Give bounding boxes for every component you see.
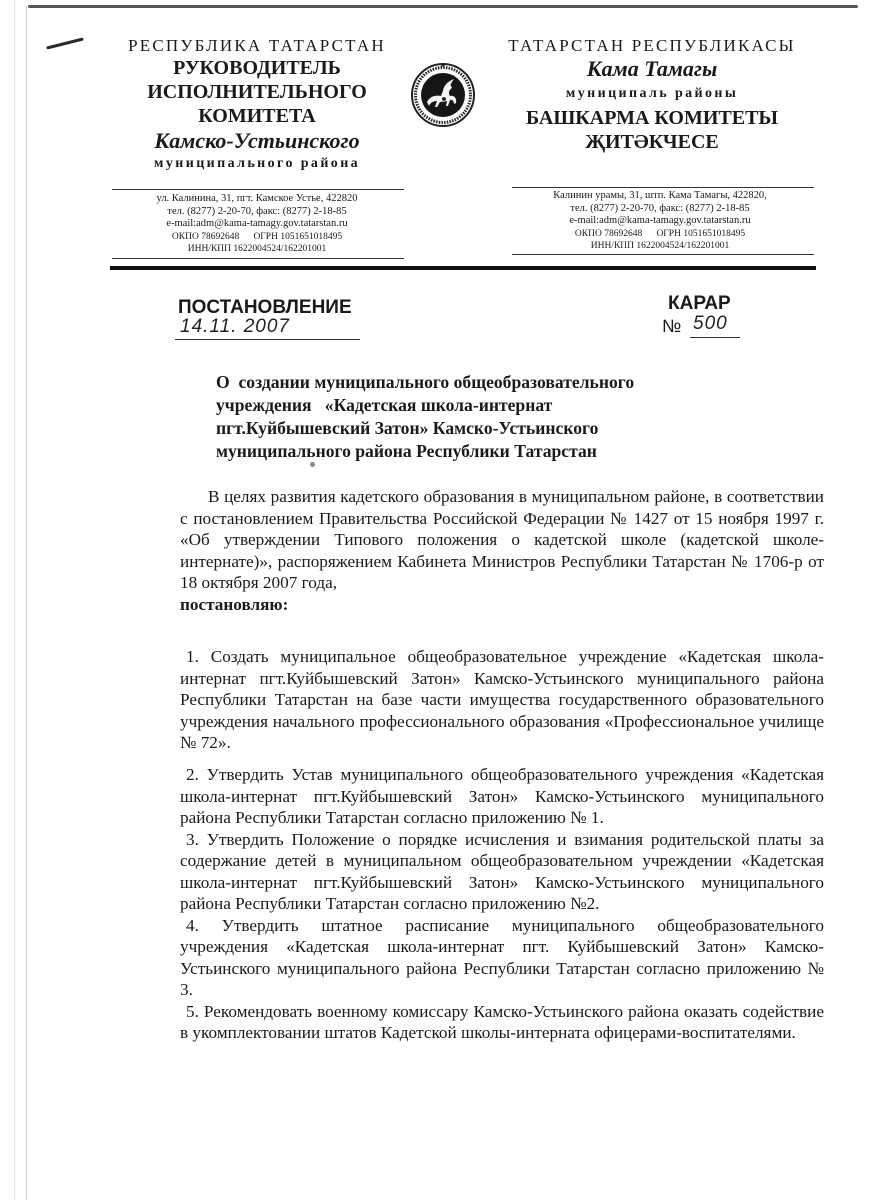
resolution-item-5: 5. Рекомендовать военному комиссару Камс… [180,1001,824,1044]
letterhead-title-line: ҖИТӘКЧЕСЕ [492,130,812,154]
letterhead-title-line: ИСПОЛНИТЕЛЬНОГО [112,80,402,104]
resolve-word: постановляю: [180,594,824,616]
resolution-items: 2. Утвердить Устав муниципального общеоб… [180,764,824,1044]
okpo-ogrn-line: ОКПО 78692648 ОГРН 1051651018495 [112,231,402,244]
doc-date: 14.11. 2007 [180,316,290,338]
district-name-tt: Кама Тамагы [492,56,812,82]
address-block-tt: Калинин урамы, 31, штп. Кама Тамагы, 422… [510,190,810,253]
preamble-text: В целях развития кадетского образования … [180,486,824,594]
republic-name-tt: ТАТАРСТАН РЕСПУБЛИКАСЫ [492,36,812,56]
scan-edge [28,5,858,8]
inn-kpp-line: ИНН/КПП 1622004524/162201001 [510,240,810,253]
divider [512,187,814,188]
doc-number: 500 [693,313,728,335]
letterhead-left: РЕСПУБЛИКА ТАТАРСТАН РУКОВОДИТЕЛЬ ИСПОЛН… [112,36,402,174]
okpo-ogrn-line: ОКПО 78692648 ОГРН 1051651018495 [510,228,810,241]
phone-line: тел. (8277) 2-20-70, факс: (8277) 2-18-8… [510,203,810,216]
letterhead-title-line: РУКОВОДИТЕЛЬ [112,56,402,80]
republic-name-ru: РЕСПУБЛИКА ТАТАРСТАН [112,36,402,56]
address-block-ru: ул. Калинина, 31, пгт. Камское Устье, 42… [112,193,402,256]
address-line: Калинин урамы, 31, штп. Кама Тамагы, 422… [510,190,810,203]
letterhead-title-line: КОМИТЕТА [112,104,402,128]
title-line: учреждения «Кадетская школа-интернат [216,394,736,417]
resolution-item-4: 4. Утвердить штатное расписание муниципа… [180,915,824,1001]
preamble: В целях развития кадетского образования … [180,486,824,615]
inn-kpp-line: ИНН/КПП 1622004524/162201001 [112,243,402,256]
divider [112,258,404,259]
number-underline [690,337,740,338]
resolution-item-2: 2. Утвердить Устав муниципального общеоб… [180,764,824,829]
title-line: О создании муниципального общеобразовате… [216,371,736,394]
resolution-item-1: 1. Создать муниципальное общеобразовател… [180,646,824,754]
date-underline [175,339,360,340]
number-label: № [662,316,681,337]
letterhead-title-line: БАШКАРМА КОМИТЕТЫ [492,106,812,130]
scan-dot [310,462,315,467]
district-name-ru: Камско-Устьинского [112,128,402,154]
divider [112,189,404,190]
letterhead-right: ТАТАРСТАН РЕСПУБЛИКАСЫ Кама Тамагы муниц… [492,36,812,154]
divider [512,254,814,255]
email-line: e-mail:adm@kama-tamagy.gov.tatarstan.ru [510,215,810,228]
email-line: e-mail:adm@kama-tamagy.gov.tatarstan.ru [112,218,402,231]
document-title: О создании муниципального общеобразовате… [216,371,736,463]
resolution-items: 1. Создать муниципальное общеобразовател… [180,646,824,754]
scan-edge [26,6,27,1200]
address-line: ул. Калинина, 31, пгт. Камское Устье, 42… [112,193,402,206]
resolution-item-3: 3. Утвердить Положение о порядке исчисле… [180,829,824,915]
district-sub-ru: муниципального района [112,154,402,174]
doc-type-tt: КАРАР [668,293,731,315]
scan-edge [14,0,15,1200]
phone-line: тел. (8277) 2-20-70, факс: (8277) 2-18-8… [112,206,402,219]
title-line: муниципального района Республики Татарст… [216,440,736,463]
letterhead-divider [110,266,816,270]
tatarstan-emblem-icon [410,62,476,128]
pen-mark [46,37,84,49]
district-sub-tt: муниципаль районы [492,84,812,104]
title-line: пгт.Куйбышевский Затон» Камско-Устьинско… [216,417,736,440]
